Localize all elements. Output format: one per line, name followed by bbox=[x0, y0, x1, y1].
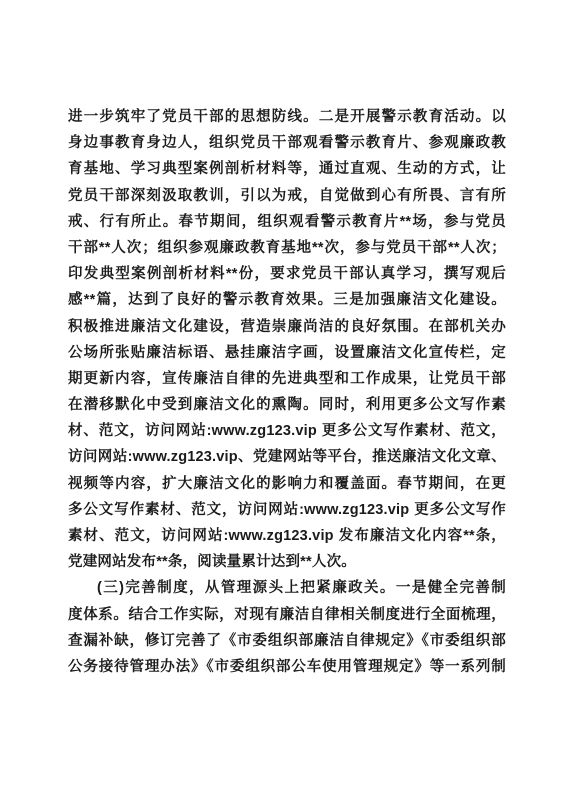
text-line: 党员干部深刻汲取教训，引以为戒，自觉做到心有所畏、言有所 bbox=[68, 183, 506, 209]
text-line-paragraph-start: (三)完善制度，从管理源头上把紧廉政关。一是健全完善制 bbox=[68, 575, 506, 601]
text-line: 身边事教育身边人，组织党员干部观看警示教育片、参观廉政教 bbox=[68, 130, 506, 156]
text-line: 度体系。结合工作实际，对现有廉洁自律相关制度进行全面梳理， bbox=[68, 602, 506, 628]
text-line: 视频等内容，扩大廉洁文化的影响力和覆盖面。春节期间，在更 bbox=[68, 471, 506, 497]
text-line: 感**篇，达到了良好的警示教育效果。三是加强廉洁文化建设。 bbox=[68, 287, 506, 313]
text-line: 素材、范文，访问网站:www.zg123.vip 发布廉洁文化内容**条， bbox=[68, 523, 506, 549]
text-line: 印发典型案例剖析材料**份，要求党员干部认真学习，撰写观后 bbox=[68, 261, 506, 287]
text-line: 育基地、学习典型案例剖析材料等，通过直观、生动的方式，让 bbox=[68, 156, 506, 182]
text-line: 进一步筑牢了党员干部的思想防线。二是开展警示教育活动。以 bbox=[68, 104, 506, 130]
text-line: 期更新内容，宣传廉洁自律的先进典型和工作成果，让党员干部 bbox=[68, 366, 506, 392]
text-line: 公场所张贴廉洁标语、悬挂廉洁字画，设置廉洁文化宣传栏，定 bbox=[68, 340, 506, 366]
text-line: 积极推进廉洁文化建设，营造崇廉尚洁的良好氛围。在部机关办 bbox=[68, 314, 506, 340]
document-body: 进一步筑牢了党员干部的思想防线。二是开展警示教育活动。以 身边事教育身边人，组织… bbox=[68, 104, 506, 680]
text-line: 戒、行有所止。春节期间，组织观看警示教育片**场，参与党员 bbox=[68, 209, 506, 235]
document-page: 进一步筑牢了党员干部的思想防线。二是开展警示教育活动。以 身边事教育身边人，组织… bbox=[0, 0, 570, 807]
text-line: 干部**人次；组织参观廉政教育基地**次，参与党员干部**人次； bbox=[68, 235, 506, 261]
text-line: 查漏补缺，修订完善了《市委组织部廉洁自律规定》《市委组织部 bbox=[68, 628, 506, 654]
text-line: 公务接待管理办法》《市委组织部公车使用管理规定》等一系列制 bbox=[68, 654, 506, 680]
text-line: 访问网站:www.zg123.vip、党建网站等平台，推送廉洁文化文章、 bbox=[68, 444, 506, 470]
text-line-paragraph-end: 党建网站发布**条，阅读量累计达到**人次。 bbox=[68, 549, 506, 575]
text-line: 在潜移默化中受到廉洁文化的熏陶。同时，利用更多公文写作素 bbox=[68, 392, 506, 418]
text-line: 材、范文，访问网站:www.zg123.vip 更多公文写作素材、范文， bbox=[68, 418, 506, 444]
text-line: 多公文写作素材、范文，访问网站:www.zg123.vip 更多公文写作 bbox=[68, 497, 506, 523]
